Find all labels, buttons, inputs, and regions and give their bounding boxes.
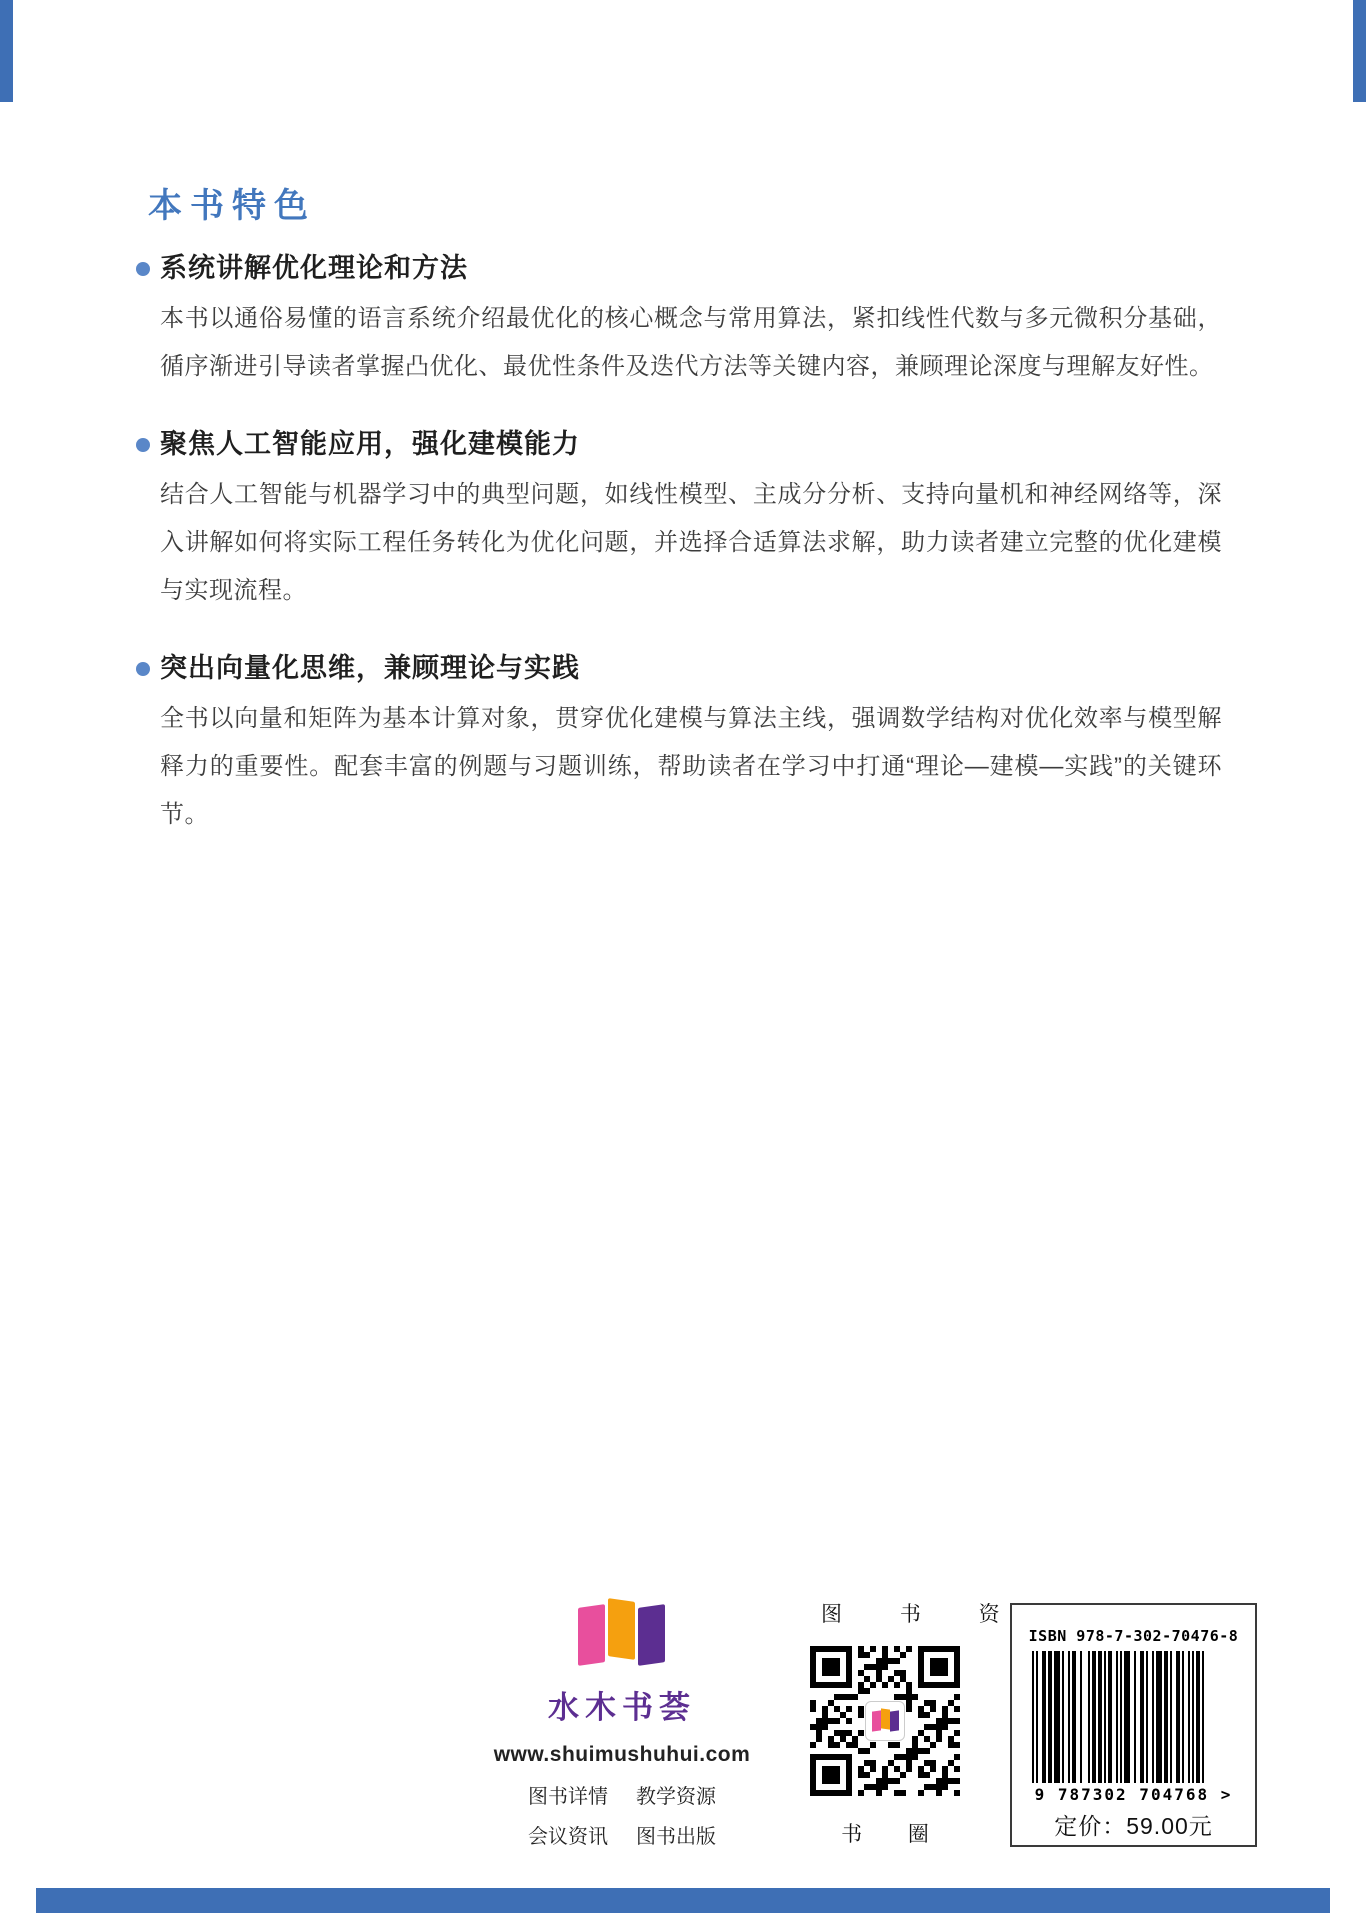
- feature-heading-text: 系统讲解优化理论和方法: [160, 253, 468, 283]
- bullet-dot-icon: [136, 262, 150, 276]
- qr-logo-panel-pink: [872, 1710, 881, 1731]
- feature-item: 系统讲解优化理论和方法 本书以通俗易懂的语言系统介绍最优化的核心概念与常用算法，…: [160, 253, 1222, 391]
- isbn-number: ISBN 978-7-302-70476-8: [1012, 1627, 1255, 1645]
- feature-body: 本书以通俗易懂的语言系统介绍最优化的核心概念与常用算法，紧扣线性代数与多元微积分…: [160, 295, 1222, 391]
- qr-logo-panel-orange: [881, 1708, 890, 1729]
- book-back-cover: 本书特色 系统讲解优化理论和方法 本书以通俗易懂的语言系统介绍最优化的核心概念与…: [0, 0, 1366, 1920]
- shuimu-logo-icon: [576, 1598, 668, 1672]
- feature-item: 聚焦人工智能应用，强化建模能力 结合人工智能与机器学习中的典型问题，如线性模型、…: [160, 429, 1222, 615]
- qr-code: [810, 1646, 960, 1796]
- feature-heading: 系统讲解优化理论和方法: [160, 253, 1222, 283]
- feature-body: 全书以向量和矩阵为基本计算对象，贯穿优化建模与算法主线，强调数学结构对优化效率与…: [160, 695, 1222, 839]
- publisher-name: 水木书荟: [472, 1682, 772, 1727]
- bullet-dot-icon: [136, 662, 150, 676]
- qr-logo-panel-purple: [890, 1710, 899, 1731]
- page-edge-accent-left: [0, 0, 13, 102]
- publisher-links-row: 会议资讯图书出版: [472, 1820, 772, 1849]
- bullet-dot-icon: [136, 438, 150, 452]
- publisher-website: www.shuimushuhui.com: [472, 1743, 772, 1767]
- publisher-link: 图书出版: [636, 1826, 716, 1848]
- publisher-block: 水木书荟 www.shuimushuhui.com 图书详情教学资源 会议资讯图…: [472, 1598, 772, 1860]
- page-title: 本书特色: [148, 178, 316, 227]
- feature-heading-text: 聚焦人工智能应用，强化建模能力: [160, 429, 580, 459]
- price: 定价：59.00元: [1012, 1808, 1255, 1841]
- logo-panel-orange: [608, 1598, 635, 1660]
- qr-label-bottom: 书 圈: [795, 1818, 975, 1848]
- publisher-link: 教学资源: [636, 1786, 716, 1808]
- isbn-box: ISBN 978-7-302-70476-8 9 787302 704768 >…: [1010, 1603, 1257, 1847]
- logo-panel-purple: [638, 1604, 665, 1666]
- publisher-links-row: 图书详情教学资源: [472, 1780, 772, 1809]
- logo-panel-pink: [578, 1604, 605, 1666]
- barcode-stripes: [1032, 1651, 1236, 1783]
- qr-center-logo-icon: [865, 1701, 905, 1741]
- publisher-link: 会议资讯: [528, 1826, 608, 1848]
- bottom-accent-bar: [36, 1888, 1330, 1913]
- feature-item: 突出向量化思维，兼顾理论与实践 全书以向量和矩阵为基本计算对象，贯穿优化建模与算…: [160, 653, 1222, 839]
- qr-label-top: 图 书 资 源: [795, 1598, 975, 1628]
- qr-block: 图 书 资 源 书 圈: [795, 1598, 975, 1848]
- feature-heading: 聚焦人工智能应用，强化建模能力: [160, 429, 1222, 459]
- feature-list: 系统讲解优化理论和方法 本书以通俗易懂的语言系统介绍最优化的核心概念与常用算法，…: [160, 253, 1222, 877]
- barcode-digits: 9 787302 704768 >: [1012, 1785, 1255, 1804]
- page-edge-accent-right: [1353, 0, 1366, 102]
- publisher-link: 图书详情: [528, 1786, 608, 1808]
- feature-body: 结合人工智能与机器学习中的典型问题，如线性模型、主成分分析、支持向量机和神经网络…: [160, 471, 1222, 615]
- feature-heading-text: 突出向量化思维，兼顾理论与实践: [160, 653, 580, 683]
- feature-heading: 突出向量化思维，兼顾理论与实践: [160, 653, 1222, 683]
